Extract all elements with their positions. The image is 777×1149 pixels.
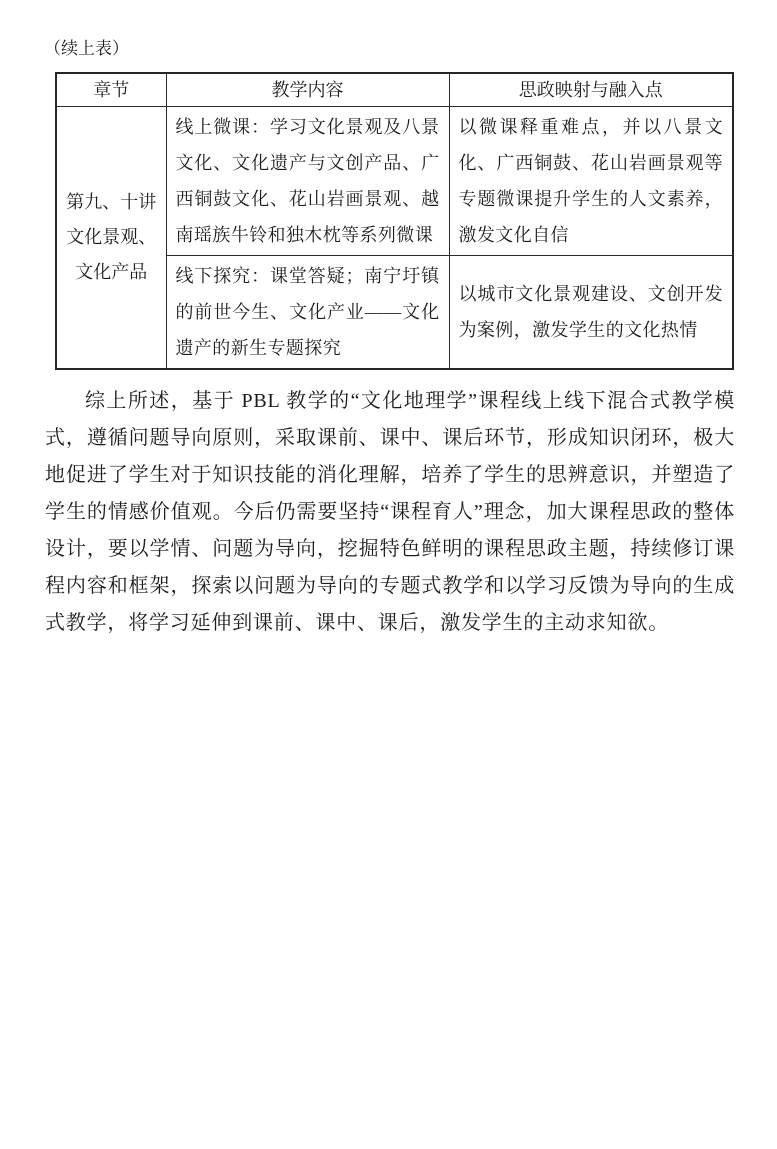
teaching-content-cell-online: 线上微课：学习文化景观及八景文化、文化遗产与文创产品、广西铜鼓文化、花山岩画景观… (166, 106, 449, 255)
header-ideology-mapping: 思政映射与融入点 (449, 73, 733, 106)
teaching-content-table: 章节 教学内容 思政映射与融入点 第九、十讲 文化景观、 文化产品 线上微课：学… (55, 72, 734, 370)
header-chapter: 章节 (56, 73, 166, 106)
document-page: （续上表） 章节 教学内容 思政映射与融入点 第九、十讲 文化景观、 文化产品 … (0, 0, 777, 1149)
chapter-cell: 第九、十讲 文化景观、 文化产品 (56, 106, 166, 369)
table-continuation-label: （续上表） (44, 38, 129, 60)
table-header-row: 章节 教学内容 思政映射与融入点 (56, 73, 733, 106)
chapter-line-2: 文化景观、 (66, 220, 157, 255)
summary-paragraph: 综上所述，基于 PBL 教学的“文化地理学”课程线上线下混合式教学模式，遵循问题… (45, 383, 735, 642)
teaching-content-cell-offline: 线下探究：课堂答疑；南宁圩镇的前世今生、文化产业——文化遗产的新生专题探究 (166, 255, 449, 369)
ideology-mapping-cell-online: 以微课释重难点，并以八景文化、广西铜鼓、花山岩画景观等专题微课提升学生的人文素养… (449, 106, 733, 255)
ideology-mapping-cell-offline: 以城市文化景观建设、文创开发为案例，激发学生的文化热情 (449, 255, 733, 369)
chapter-line-3: 文化产品 (66, 255, 157, 290)
table-row-online: 第九、十讲 文化景观、 文化产品 线上微课：学习文化景观及八景文化、文化遗产与文… (56, 106, 733, 255)
header-teaching-content: 教学内容 (166, 73, 449, 106)
chapter-line-1: 第九、十讲 (66, 185, 157, 220)
